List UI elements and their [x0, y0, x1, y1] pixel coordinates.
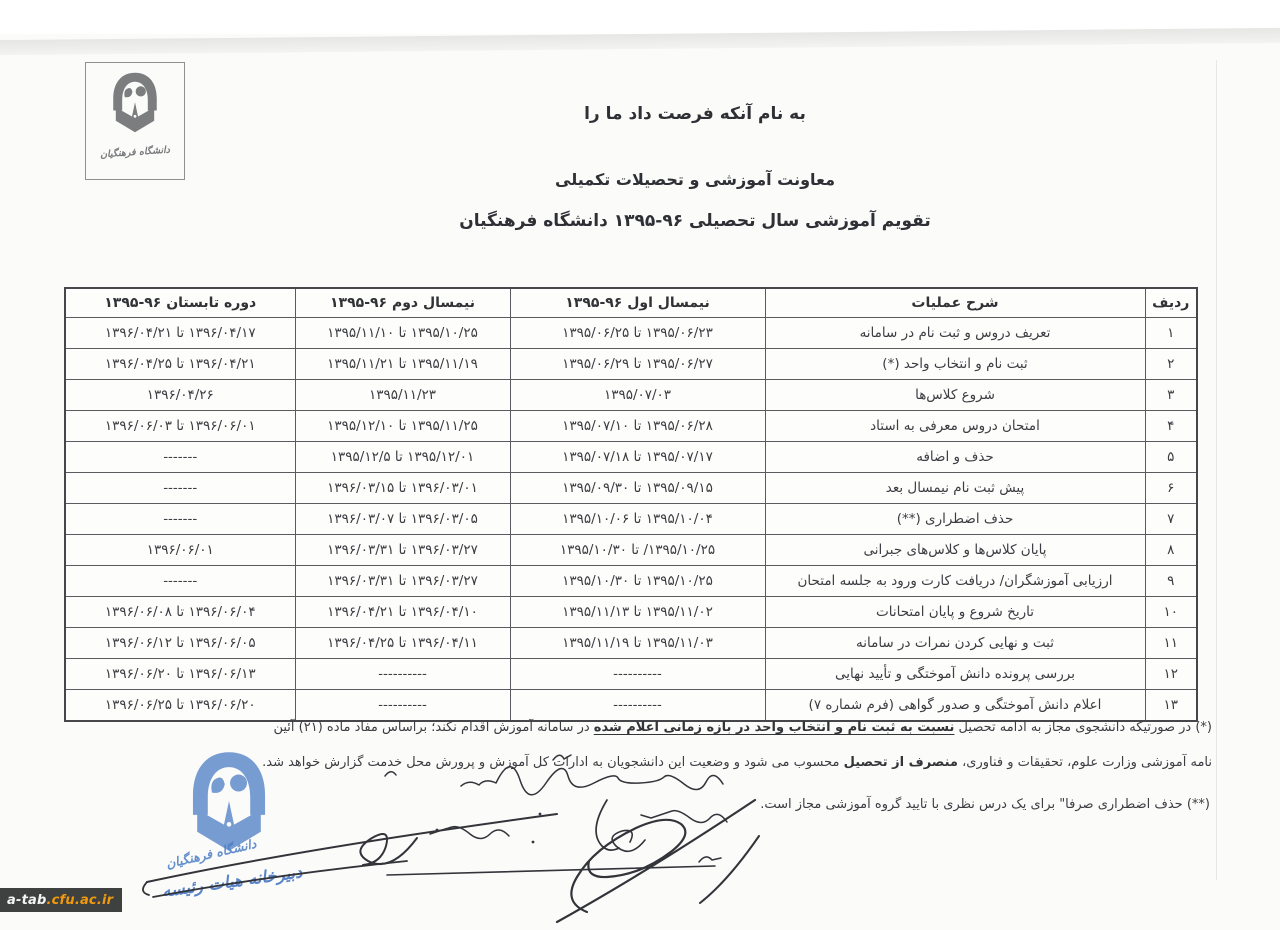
- row-number-cell: ۲: [1145, 349, 1197, 380]
- operation-cell: اعلام دانش آموختگی و صدور گواهی (فرم شما…: [765, 690, 1145, 722]
- semester2-cell: ۱۳۹۵/۱۲/۰۱ تا ۱۳۹۵/۱۲/۵: [295, 442, 510, 473]
- summer-cell: -------: [65, 504, 295, 535]
- footnote-text: نامه آموزشی وزارت علوم، تحقیقات و فناوری…: [958, 755, 1212, 770]
- summer-cell: -------: [65, 566, 295, 597]
- watermark-prefix: a-tab: [7, 893, 46, 908]
- logo-caption: دانشگاه فرهنگیان: [100, 145, 171, 161]
- semester1-cell: ۱۳۹۵/۱۰/۰۴ تا ۱۳۹۵/۱۰/۰۶: [510, 504, 765, 535]
- semester1-cell: ۱۳۹۵/۰۷/۰۳: [510, 380, 765, 411]
- row-number-cell: ۱۰: [1145, 597, 1197, 628]
- footnote-1-line-1: (*) در صورتیکه دانشجوی مجاز به ادامه تحص…: [273, 720, 1212, 735]
- calendar-title: تقویم آموزشی سال تحصیلی ۹۶-۱۳۹۵ دانشگاه …: [110, 211, 1280, 231]
- semester1-cell: ۱۳۹۵/۰۹/۱۵ تا ۱۳۹۵/۰۹/۳۰: [510, 473, 765, 504]
- semester1-cell: ۱۳۹۵/۱۱/۰۳ تا ۱۳۹۵/۱۱/۱۹: [510, 628, 765, 659]
- semester2-cell: ۱۳۹۶/۰۴/۱۱ تا ۱۳۹۶/۰۴/۲۵: [295, 628, 510, 659]
- header-row-number: ردیف: [1145, 288, 1197, 318]
- table-row: ۶ پیش ثبت نام نیمسال بعد ۱۳۹۵/۰۹/۱۵ تا ۱…: [65, 473, 1197, 504]
- summer-cell: ۱۳۹۶/۰۶/۱۳ تا ۱۳۹۶/۰۶/۲۰: [65, 659, 295, 690]
- operation-cell: شروع کلاس‌ها: [765, 380, 1145, 411]
- semester2-cell: ۱۳۹۶/۰۳/۲۷ تا ۱۳۹۶/۰۳/۳۱: [295, 535, 510, 566]
- operation-cell: بررسی پرونده دانش آموختگی و تأیید نهایی: [765, 659, 1145, 690]
- site-watermark: a-tab.cfu.ac.ir: [0, 888, 122, 912]
- table-row: ۱۲ بررسی پرونده دانش آموختگی و تأیید نها…: [65, 659, 1197, 690]
- semester1-cell: ۱۳۹۵/۰۶/۲۳ تا ۱۳۹۵/۰۶/۲۵: [510, 318, 765, 349]
- table-row: ۸ پایان کلاس‌ها و کلاس‌های جبرانی ۱۳۹۵/۱…: [65, 535, 1197, 566]
- semester2-cell: ۱۳۹۶/۰۳/۰۱ تا ۱۳۹۶/۰۳/۱۵: [295, 473, 510, 504]
- operation-cell: ثبت نام و انتخاب واحد (*): [765, 349, 1145, 380]
- semester2-cell: ۱۳۹۵/۱۱/۲۳: [295, 380, 510, 411]
- row-number-cell: ۷: [1145, 504, 1197, 535]
- header-operation: شرح عملیات: [765, 288, 1145, 318]
- table-row: ۳ شروع کلاس‌ها ۱۳۹۵/۰۷/۰۳ ۱۳۹۵/۱۱/۲۳ ۱۳۹…: [65, 380, 1197, 411]
- row-number-cell: ۱: [1145, 318, 1197, 349]
- semester1-cell: ۱۳۹۵/۰۶/۲۸ تا ۱۳۹۵/۰۷/۱۰: [510, 411, 765, 442]
- semester1-cell: ----------: [510, 659, 765, 690]
- footnote-2: (**) حذف اضطراری صرفا" برای یک درس نظری …: [760, 797, 1210, 812]
- header-semester1: نیمسال اول ۹۶-۱۳۹۵: [510, 288, 765, 318]
- footnote-text: در سامانه آموزش اقدام نکند؛ براساس مفاد …: [273, 720, 593, 735]
- table-row: ۵ حذف و اضافه ۱۳۹۵/۰۷/۱۷ تا ۱۳۹۵/۰۷/۱۸ ۱…: [65, 442, 1197, 473]
- summer-cell: ۱۳۹۶/۰۶/۰۴ تا ۱۳۹۶/۰۶/۰۸: [65, 597, 295, 628]
- table-row: ۱۰ تاریخ شروع و پایان امتحانات ۱۳۹۵/۱۱/۰…: [65, 597, 1197, 628]
- operation-cell: حذف و اضافه: [765, 442, 1145, 473]
- semester1-cell: ۱۳۹۵/۱۰/۲۵/ تا ۱۳۹۵/۱۰/۳۰: [510, 535, 765, 566]
- summer-cell: ۱۳۹۶/۰۶/۰۵ تا ۱۳۹۶/۰۶/۱۲: [65, 628, 295, 659]
- row-number-cell: ۶: [1145, 473, 1197, 504]
- row-number-cell: ۵: [1145, 442, 1197, 473]
- operation-cell: حذف اضطراری (**): [765, 504, 1145, 535]
- office-line: معاونت آموزشی و تحصیلات تکمیلی: [110, 170, 1280, 189]
- table-row: ۱ تعریف دروس و ثبت نام در سامانه ۱۳۹۵/۰۶…: [65, 318, 1197, 349]
- operation-cell: پیش ثبت نام نیمسال بعد: [765, 473, 1145, 504]
- row-number-cell: ۹: [1145, 566, 1197, 597]
- table-row: ۹ ارزیابی آموزشگران/ دریافت کارت ورود به…: [65, 566, 1197, 597]
- summer-cell: ۱۳۹۶/۰۶/۲۰ تا ۱۳۹۶/۰۶/۲۵: [65, 690, 295, 722]
- semester2-cell: ۱۳۹۵/۱۱/۱۹ تا ۱۳۹۵/۱۱/۲۱: [295, 349, 510, 380]
- table-row: ۱۳ اعلام دانش آموختگی و صدور گواهی (فرم …: [65, 690, 1197, 722]
- table-row: ۱۱ ثبت و نهایی کردن نمرات در سامانه ۱۳۹۵…: [65, 628, 1197, 659]
- footnote-emphasis: منصرف از تحصیل: [844, 755, 958, 770]
- semester2-cell: ۱۳۹۶/۰۴/۱۰ تا ۱۳۹۶/۰۴/۲۱: [295, 597, 510, 628]
- invocation-line: به نام آنکه فرصت داد ما را: [110, 104, 1280, 124]
- operation-cell: تعریف دروس و ثبت نام در سامانه: [765, 318, 1145, 349]
- signature-ink: [85, 742, 825, 928]
- summer-cell: ۱۳۹۶/۰۶/۰۱ تا ۱۳۹۶/۰۶/۰۳: [65, 411, 295, 442]
- semester1-cell: ۱۳۹۵/۰۷/۱۷ تا ۱۳۹۵/۰۷/۱۸: [510, 442, 765, 473]
- operation-cell: ارزیابی آموزشگران/ دریافت کارت ورود به ج…: [765, 566, 1145, 597]
- semester2-cell: ۱۳۹۶/۰۳/۰۵ تا ۱۳۹۶/۰۳/۰۷: [295, 504, 510, 535]
- operation-cell: پایان کلاس‌ها و کلاس‌های جبرانی: [765, 535, 1145, 566]
- row-number-cell: ۴: [1145, 411, 1197, 442]
- row-number-cell: ۱۱: [1145, 628, 1197, 659]
- semester1-cell: ۱۳۹۵/۰۶/۲۷ تا ۱۳۹۵/۰۶/۲۹: [510, 349, 765, 380]
- table-row: ۴ امتحان دروس معرفی به استاد ۱۳۹۵/۰۶/۲۸ …: [65, 411, 1197, 442]
- semester2-cell: ۱۳۹۵/۱۱/۲۵ تا ۱۳۹۵/۱۲/۱۰: [295, 411, 510, 442]
- table-row: ۲ ثبت نام و انتخاب واحد (*) ۱۳۹۵/۰۶/۲۷ ت…: [65, 349, 1197, 380]
- summer-cell: ۱۳۹۶/۰۶/۰۱: [65, 535, 295, 566]
- header-semester2: نیمسال دوم ۹۶-۱۳۹۵: [295, 288, 510, 318]
- semester2-cell: ----------: [295, 690, 510, 722]
- row-number-cell: ۱۲: [1145, 659, 1197, 690]
- operation-cell: امتحان دروس معرفی به استاد: [765, 411, 1145, 442]
- academic-calendar-table: ردیف شرح عملیات نیمسال اول ۹۶-۱۳۹۵ نیمسا…: [64, 287, 1198, 722]
- operation-cell: تاریخ شروع و پایان امتحانات: [765, 597, 1145, 628]
- footnote-emphasis: نسبت به ثبت نام و انتخاب واحد در بازه زم…: [594, 720, 955, 735]
- row-number-cell: ۳: [1145, 380, 1197, 411]
- footnote-text: (*) در صورتیکه دانشجوی مجاز به ادامه تحص…: [954, 720, 1212, 735]
- summer-cell: ۱۳۹۶/۰۴/۱۷ تا ۱۳۹۶/۰۴/۲۱: [65, 318, 295, 349]
- summer-cell: ۱۳۹۶/۰۴/۲۶: [65, 380, 295, 411]
- row-number-cell: ۱۳: [1145, 690, 1197, 722]
- semester2-cell: ۱۳۹۵/۱۰/۲۵ تا ۱۳۹۵/۱۱/۱۰: [295, 318, 510, 349]
- operation-cell: ثبت و نهایی کردن نمرات در سامانه: [765, 628, 1145, 659]
- semester1-cell: ۱۳۹۵/۱۱/۰۲ تا ۱۳۹۵/۱۱/۱۳: [510, 597, 765, 628]
- summer-cell: -------: [65, 473, 295, 504]
- semester1-cell: ۱۳۹۵/۱۰/۲۵ تا ۱۳۹۵/۱۰/۳۰: [510, 566, 765, 597]
- semester2-cell: ----------: [295, 659, 510, 690]
- table-row: ۷ حذف اضطراری (**) ۱۳۹۵/۱۰/۰۴ تا ۱۳۹۵/۱۰…: [65, 504, 1197, 535]
- watermark-suffix: .cfu.ac.ir: [46, 893, 113, 908]
- row-number-cell: ۸: [1145, 535, 1197, 566]
- scanned-document-page: دانشگاه فرهنگیان به نام آنکه فرصت داد ما…: [0, 0, 1280, 930]
- header-summer: دوره تابستان ۹۶-۱۳۹۵: [65, 288, 295, 318]
- table-header-row: ردیف شرح عملیات نیمسال اول ۹۶-۱۳۹۵ نیمسا…: [65, 288, 1197, 318]
- semester1-cell: ----------: [510, 690, 765, 722]
- summer-cell: ۱۳۹۶/۰۴/۲۱ تا ۱۳۹۶/۰۴/۲۵: [65, 349, 295, 380]
- summer-cell: -------: [65, 442, 295, 473]
- semester2-cell: ۱۳۹۶/۰۳/۲۷ تا ۱۳۹۶/۰۳/۳۱: [295, 566, 510, 597]
